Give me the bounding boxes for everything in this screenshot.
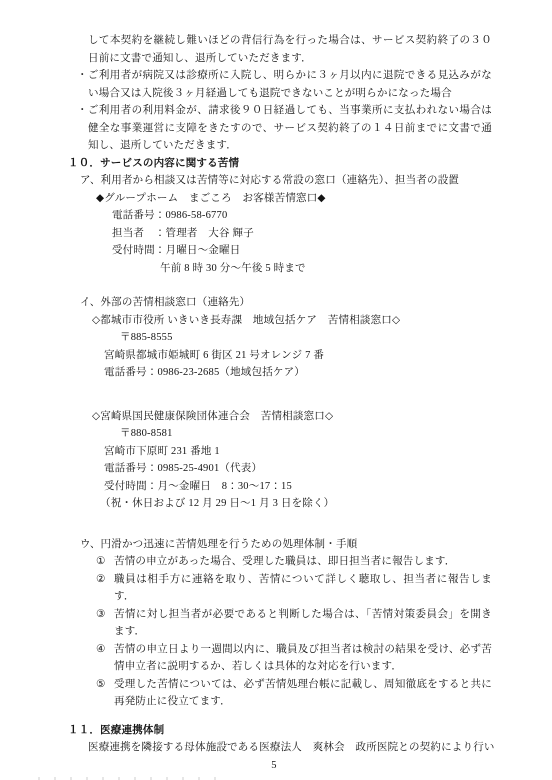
external-contact-1-postal: 〒885-8555: [120, 329, 492, 347]
external-contact-2-hours-note: （祝・休日および 12 月 29 日～1 月 3 日を除く）: [100, 495, 492, 513]
complaint-steps-list: ① 苦情の申立があった場合、受理した職員は、即日担当者に報告します． ② 職員は…: [96, 553, 492, 711]
external-contact-2-postal: 〒880-8581: [120, 425, 492, 443]
step-number: ⑤: [96, 676, 114, 711]
external-contact-1-title: ◇都城市市役所 いきいき長寿課 地域包括ケア 苦情相談窓口◇: [92, 312, 492, 330]
step-text: 苦情に対し担当者が必要であると判断した場合は、「苦情対策委員会」を開きます．: [114, 606, 492, 641]
section-11-heading: １１．医療連携体制: [68, 722, 492, 740]
section-10-heading: １０．サービスの内容に関する苦情: [68, 155, 492, 173]
item-i-label: イ、外部の苦情相談窓口（連絡先）: [80, 294, 492, 312]
step-text: 受理した苦情については、必ず苦情処理台帳に記載し、周知徹底をすると共に再発防止に…: [114, 676, 492, 711]
page-content: して本契約を継続し難いほどの背信行為を行った場合は、サービス契約終了の３０日前に…: [72, 32, 492, 774]
complaint-step: ② 職員は相手方に連絡を取り、苦情について詳しく聴取し、担当者に報告します．: [96, 571, 492, 606]
external-contact-2-phone: 電話番号：0985-25-4901（代表）: [104, 460, 492, 478]
office-title: ◆グループホーム まごころ お客様苦情窓口◆: [96, 190, 492, 208]
intro-bullet-item: ・ご利用者の利用料金が、請求後９０日経過しても、当事業所に支払われない場合は健全…: [88, 102, 492, 155]
step-text: 苦情の申立があった場合、受理した職員は、即日担当者に報告します．: [114, 553, 492, 571]
external-contact-1-phone: 電話番号：0986-23-2685（地域包括ケア）: [104, 364, 492, 382]
step-text: 職員は相手方に連絡を取り、苦情について詳しく聴取し、担当者に報告します．: [114, 571, 492, 606]
complaint-step: ⑤ 受理した苦情については、必ず苦情処理台帳に記載し、周知徹底をすると共に再発防…: [96, 676, 492, 711]
intro-bullet-item: ・ご利用者が病院又は診療所に入院し、明らかに３ヶ月以内に退院できる見込みがない場…: [88, 67, 492, 102]
complaint-step: ① 苦情の申立があった場合、受理した職員は、即日担当者に報告します．: [96, 553, 492, 571]
step-number: ③: [96, 606, 114, 641]
office-manager: 担当者 ：管理者 大谷 輝子: [112, 225, 492, 243]
step-number: ②: [96, 571, 114, 606]
page-number: 5: [72, 757, 476, 775]
external-contact-2-address: 宮崎市下原町 231 番地 1: [104, 443, 492, 461]
external-contact-2-title: ◇宮崎県国民健康保険団体連合会 苦情相談窓口◇: [92, 408, 492, 426]
complaint-step: ④ 苦情の申立日より一週間以内に、職員及び担当者は検討の結果を受け、必ず苦情申立…: [96, 641, 492, 676]
section-11-body: 医療連携を隣接する母体施設である医療法人 爽林会 政所医院との契約により行い: [88, 739, 508, 757]
office-hours-detail: 午前 8 時 30 分～午後 5 時まで: [160, 260, 492, 278]
step-number: ①: [96, 553, 114, 571]
document-page: して本契約を継続し難いほどの背信行為を行った場合は、サービス契約終了の３０日前に…: [0, 0, 552, 780]
step-text: 苦情の申立日より一週間以内に、職員及び担当者は検討の結果を受け、必ず苦情申立者に…: [114, 641, 492, 676]
external-contact-1-address: 宮崎県都城市姫城町 6 街区 21 号オレンジ 7 番: [104, 347, 492, 365]
item-a-label: ア、利用者から相談又は苦情等に対応する常設の窓口（連絡先）、担当者の設置: [80, 172, 492, 190]
intro-continuation-paragraph: して本契約を継続し難いほどの背信行為を行った場合は、サービス契約終了の３０日前に…: [88, 32, 492, 67]
step-number: ④: [96, 641, 114, 676]
office-phone: 電話番号：0986-58-6770: [112, 207, 492, 225]
item-u-label: ウ、円滑かつ迅速に苦情処理を行うための処理体制・手順: [80, 536, 492, 554]
external-contact-2-hours: 受付時間：月～金曜日 8：30～17：15: [104, 478, 492, 496]
complaint-step: ③ 苦情に対し担当者が必要であると判断した場合は、「苦情対策委員会」を開きます．: [96, 606, 492, 641]
office-hours: 受付時間：月曜日～金曜日: [112, 242, 492, 260]
